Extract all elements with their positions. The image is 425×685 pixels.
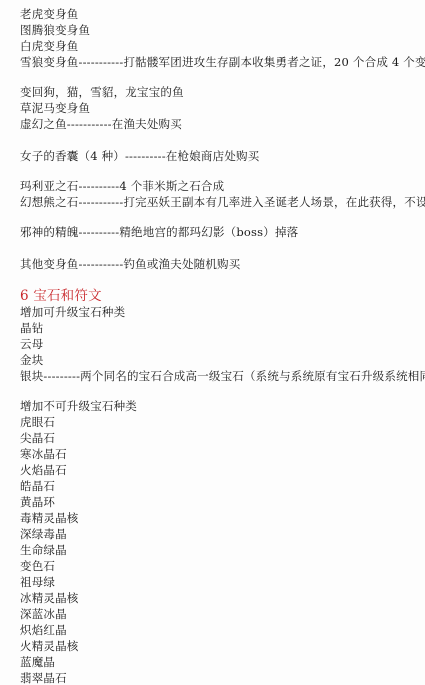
non-upgradable-gem-item: 蓝魔晶 — [20, 654, 55, 670]
non-upgradable-gem-item: 毒精灵晶核 — [20, 510, 79, 526]
text-line-fantasy-bear-stone: 幻想熊之石-----------打完巫妖王副本有几率进入圣诞老人场景，在此获得，… — [20, 194, 425, 210]
section-heading-gems-runes: 6 宝石和符文 — [20, 287, 102, 305]
text-line-alpaca-fish: 草泥马变身鱼 — [20, 100, 90, 116]
document-page: 老虎变身鱼 图腾狼变身鱼 白虎变身鱼 雪狼变身鱼-----------打骷髅军团… — [0, 0, 425, 685]
non-upgradable-gem-item: 火精灵晶核 — [20, 638, 79, 654]
non-upgradable-gem-item: 黄晶环 — [20, 494, 55, 510]
non-upgradable-gem-item: 炽焰红晶 — [20, 622, 67, 638]
text-line-other-fish: 其他变身鱼-----------钓鱼或渔夫处随机购买 — [20, 256, 240, 272]
text-line-evil-god-essence: 邪神的精魄----------精绝地宫的都玛幻影（boss）掉落 — [20, 224, 298, 240]
non-upgradable-gem-item: 冰精灵晶核 — [20, 590, 79, 606]
non-upgradable-gem-item: 深蓝冰晶 — [20, 606, 67, 622]
upgradable-gem-note: 银块---------两个同名的宝石合成高一级宝石（系统与系统原有宝石升级系统相… — [20, 368, 425, 384]
non-upgradable-gems-title: 增加不可升级宝石种类 — [20, 398, 137, 414]
text-line-snow-wolf-fish: 雪狼变身鱼-----------打骷髅军团进攻生存副本收集勇者之证，20 个合成… — [20, 54, 425, 70]
text-line-totem-wolf-fish: 图腾狼变身鱼 — [20, 22, 90, 38]
text-line-illusion-fish: 虚幻之鱼-----------在渔夫处购买 — [20, 116, 182, 132]
non-upgradable-gem-item: 皓晶石 — [20, 478, 55, 494]
text-line-white-tiger-fish: 白虎变身鱼 — [20, 38, 79, 54]
non-upgradable-gem-item: 深绿毒晶 — [20, 526, 67, 542]
non-upgradable-gem-item: 寒冰晶石 — [20, 446, 67, 462]
upgradable-gems-title: 增加可升级宝石种类 — [20, 304, 125, 320]
text-line-revert-fish: 变回狗，猫，雪貂，龙宝宝的鱼 — [20, 84, 184, 100]
non-upgradable-gem-item: 火焰晶石 — [20, 462, 67, 478]
non-upgradable-gem-item: 虎眼石 — [20, 414, 55, 430]
non-upgradable-gem-item: 祖母绿 — [20, 574, 55, 590]
non-upgradable-gem-item: 尖晶石 — [20, 430, 55, 446]
upgradable-gem-item: 金块 — [20, 352, 43, 368]
text-line-tiger-fish: 老虎变身鱼 — [20, 6, 79, 22]
non-upgradable-gem-item: 变色石 — [20, 558, 55, 574]
upgradable-gem-item: 云母 — [20, 336, 43, 352]
text-line-sachet: 女子的香囊（4 种）----------在枪娘商店处购买 — [20, 148, 259, 164]
upgradable-gem-item: 晶钻 — [20, 320, 43, 336]
non-upgradable-gem-item: 翡翠晶石 — [20, 670, 67, 685]
text-line-maria-stone: 玛利亚之石----------4 个菲米斯之石合成 — [20, 178, 224, 194]
non-upgradable-gem-item: 生命绿晶 — [20, 542, 67, 558]
